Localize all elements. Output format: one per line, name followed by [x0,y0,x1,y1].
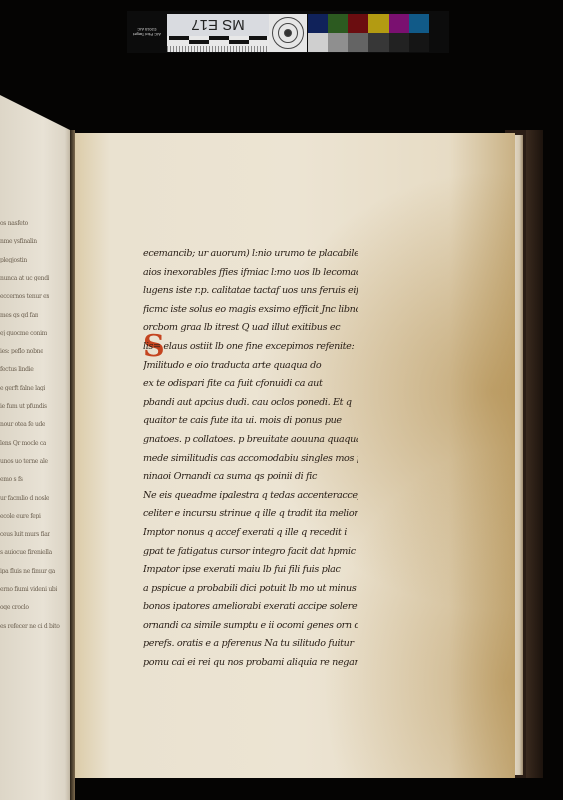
text-line: Impator ipse exerati maiu lb fui fili fu… [143,561,358,580]
color-swatch [389,33,409,52]
text-line: ficmc iste solus eo magis exsimo efficit… [143,301,358,320]
text-line: fectus lindie [0,366,34,372]
text-line: plegjostin [0,257,27,263]
text-line: ninaoi Ornandi ca suma qs poinii di fic [143,468,358,487]
color-swatches [308,14,449,52]
text-line: gpat te fatigatus cursor integro facit d… [143,543,358,562]
text-line: e gerft falne lagi [0,385,45,391]
shelfmark-label: MS E17 [167,14,269,36]
color-swatch [328,33,348,52]
text-line: ceus luit murs fiar [0,531,50,537]
text-line: ornandi ca simile sumptu e ii ocomi gene… [143,617,358,636]
text-line: aios inexorables ffies ifmiac l:mo uos l… [143,264,358,283]
text-line: ies: peflo nobne [0,348,43,354]
color-swatch [409,33,429,52]
color-swatch [429,33,449,52]
text-line: mes qs qd fan [0,312,38,318]
text-line: ie fum ut pfundis [0,403,47,409]
text-line: nunca at uc gendi [0,275,49,281]
text-line: pomu cai ei rei qu nos probami aliquia r… [143,654,358,673]
text-line: lis= elaus ostiit lb one fine excepimos … [143,338,358,357]
color-swatch [389,14,409,33]
manuscript-text: ecemancib; ur auorum) l:nio urumo te pla… [143,245,358,673]
text-line: os nasfeto [0,220,28,226]
text-line: ur facmlio d nosle [0,495,49,501]
text-line: ex te odispari fite ca fuit cfonuidi ca … [143,375,358,394]
color-swatch [409,14,429,33]
text-line: eccernos tenur ex [0,293,49,299]
text-line: celiter e incursu strinue q ille q tradi… [143,505,358,524]
text-line: es refecer ne ci d bito [0,623,60,629]
text-line: lugens iste r.p. calitatae tactaf uos un… [143,282,358,301]
scale-ruler [167,36,269,52]
binding-board [526,130,543,778]
text-line: erno fiumi videni ubi [0,586,57,592]
text-line: pbandi aut apcius dudi. cau oclos ponedi… [143,394,358,413]
color-swatch [348,14,368,33]
color-swatch [348,33,368,52]
color-swatch [308,33,328,52]
text-line: s auiocue fireniella [0,549,52,555]
text-line: quaitor te cais fute ita ui. mois di pon… [143,412,358,431]
text-line: mede similitudis cas accomodabiu singles… [143,450,358,469]
text-line: lens Qr mocle ca [0,440,46,446]
color-swatch [368,14,388,33]
text-line: Jmilitudo e oio traducta arte quaqua do [143,357,358,376]
text-line: nme ysfinalin [0,238,37,244]
text-line: emo s fs [0,476,23,482]
text-line: ecemancib; ur auorum) l:nio urumo te pla… [143,245,358,264]
text-line: bonos ipatores ameliorabi exerati accipe… [143,598,358,617]
text-line: oqe croclo [0,604,29,610]
text-line: ipa fluis ne fimur ga [0,568,55,574]
text-line: a pspicue a probabili dici potuit lb mo … [143,580,358,599]
color-swatch [429,14,449,33]
color-calibration-target: AIC Pilot Target ©2015 AIC MS E17 [127,11,449,53]
color-swatch [328,14,348,33]
target-label-line: ©2015 AIC [137,27,156,32]
text-line: Ne eis queadme ipalestra q tedas accente… [143,487,358,506]
target-label: AIC Pilot Target ©2015 AIC [127,11,167,53]
text-line: perefs. oratis e a pferenus Na tu silitu… [143,635,358,654]
text-line: ecole eure fepi [0,513,41,519]
text-line: ej quocme conim [0,330,47,336]
text-line: nour otea fe ude [0,421,45,427]
text-line: orcbom graa lb itrest Q uad illut exitib… [143,319,358,338]
text-line: gnatoes. p collatoes. p breuitate aouuna… [143,431,358,450]
target-label-line: AIC Pilot Target [133,32,161,37]
left-page: os nasfetonme ysfinalinplegjostinnunca a… [0,95,72,800]
text-line: unos uo terne ale [0,458,48,464]
text-line: Imptor nonus q accef exerati q ille q re… [143,524,358,543]
focus-target-icon [269,14,307,52]
color-swatch [308,14,328,33]
color-swatch [368,33,388,52]
